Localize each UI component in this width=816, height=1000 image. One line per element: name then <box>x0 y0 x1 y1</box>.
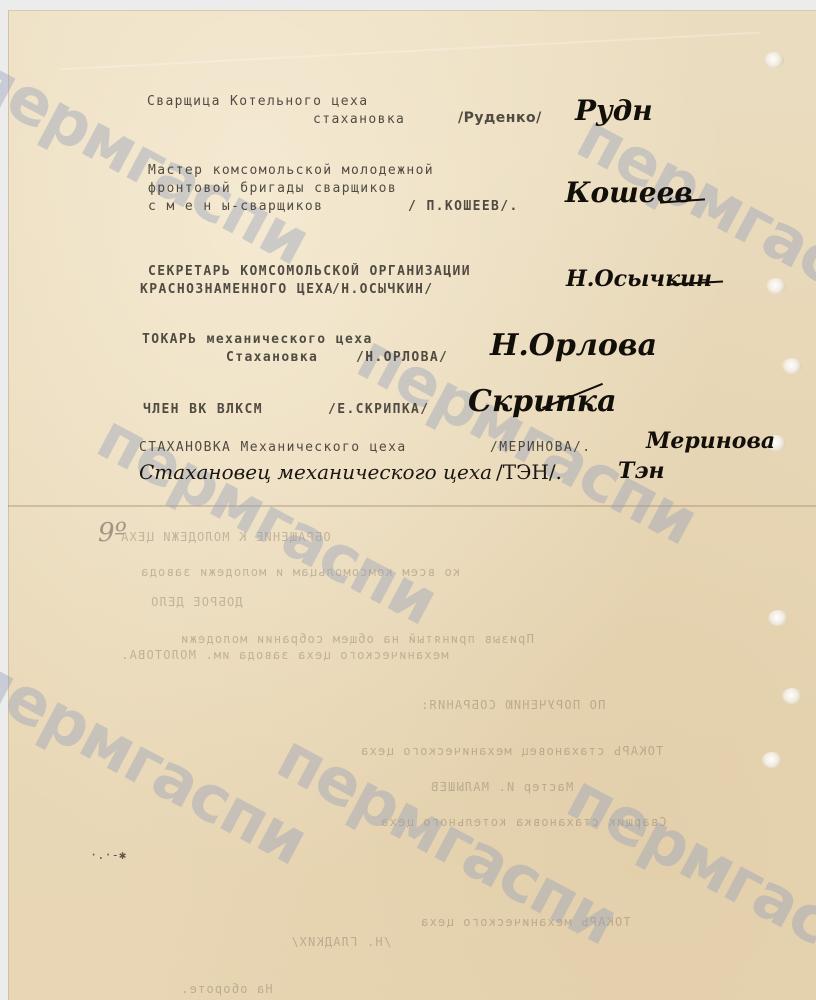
bleed-through-text: механического цеха завода им. МОЛОТОВА. <box>120 648 449 662</box>
signatory-position: КРАСНОЗНАМЕННОГО ЦЕХА <box>140 282 334 297</box>
signatory-position: ТОКАРЬ механического цеха <box>142 332 373 347</box>
punch-hole-icon <box>782 688 802 704</box>
signatory-position: Сварщица Котельного цеха <box>147 94 368 109</box>
bleed-through-text: /Н. ГЛАДКИХ/ <box>290 935 391 949</box>
punch-hole-icon <box>762 752 782 768</box>
punch-hole-icon <box>764 52 784 68</box>
signatory-position: Стахановка <box>226 350 318 365</box>
signatory-name: /Руденко/ <box>458 110 542 126</box>
signatory-name: /Н.ОСЫЧКИН/ <box>332 282 434 297</box>
punch-hole-icon <box>766 278 786 294</box>
handwritten-signature: Скрипка <box>468 384 617 419</box>
pencil-annotation: 9º <box>98 518 127 548</box>
handwritten-signature: Меринова <box>646 428 775 454</box>
punch-hole-icon <box>782 358 802 374</box>
bleed-through-text: ПО ПОРУЧЕНИЮ СОБРАНИЯ: <box>420 698 605 712</box>
handwritten-signature: Н.Орлова <box>490 328 657 363</box>
signatory-name: /Н.ОРЛОВА/ <box>356 350 448 365</box>
bleed-through-text: ОБРАЩЕНИЕ К МОЛОДЕЖИ ЦЕХА <box>120 530 331 544</box>
bleed-through-text: Призыв принятый на общем собрании молоде… <box>180 632 534 646</box>
signatory-name: /Е.СКРИПКА/ <box>328 402 430 417</box>
signatory-position: фронтовой бригады сварщиков <box>148 181 397 196</box>
paper-fold-line <box>8 505 816 507</box>
handwritten-signature: Рудн <box>575 94 653 127</box>
signatory-position-handwritten: Стахановец механического цеха <box>139 460 492 484</box>
signatory-position: Мастер комсомольской молодежной <box>148 163 434 178</box>
signatory-name: /ТЭН/. <box>496 460 562 484</box>
bleed-through-text: ТОКАРЬ механического цеха <box>420 915 631 929</box>
bleed-through-text: Мастер И. МАЛЫШЕВ <box>430 780 573 794</box>
handwritten-signature: Тэн <box>618 458 665 484</box>
punch-hole-icon <box>768 610 788 626</box>
signatory-position: СТАХАНОВКА Механического цеха <box>139 440 407 455</box>
signatory-name: /МЕРИНОВА/. <box>490 440 592 455</box>
signatory-name: / П.КОШЕЕВ/. <box>408 199 519 214</box>
signatory-position: стахановка <box>313 112 405 127</box>
handwritten-signature: Н.Осычкин <box>566 266 712 292</box>
signatory-position: ЧЛЕН ВК ВЛКСМ <box>143 402 263 417</box>
bleed-through-text: ДОБРОЕ ДЕЛО <box>150 595 243 609</box>
bleed-through-text: Сварщик стахановка котельного цеха <box>380 815 666 829</box>
bleed-through-text: На обороте. <box>180 982 273 996</box>
handwritten-signature: Кошеев <box>565 176 693 209</box>
bleed-through-text: ТОКАРЬ стахановец механического цеха <box>360 744 663 758</box>
signatory-position: СЕКРЕТАРЬ КОМСОМОЛЬСКОЙ ОРГАНИЗАЦИИ <box>148 264 471 279</box>
ink-smudge: ·.·-✱ <box>90 848 126 862</box>
signatory-position: с м е н ы-сварщиков <box>148 199 323 214</box>
bleed-through-text: ко всем комсомольцам и молодежи завода <box>140 565 460 579</box>
